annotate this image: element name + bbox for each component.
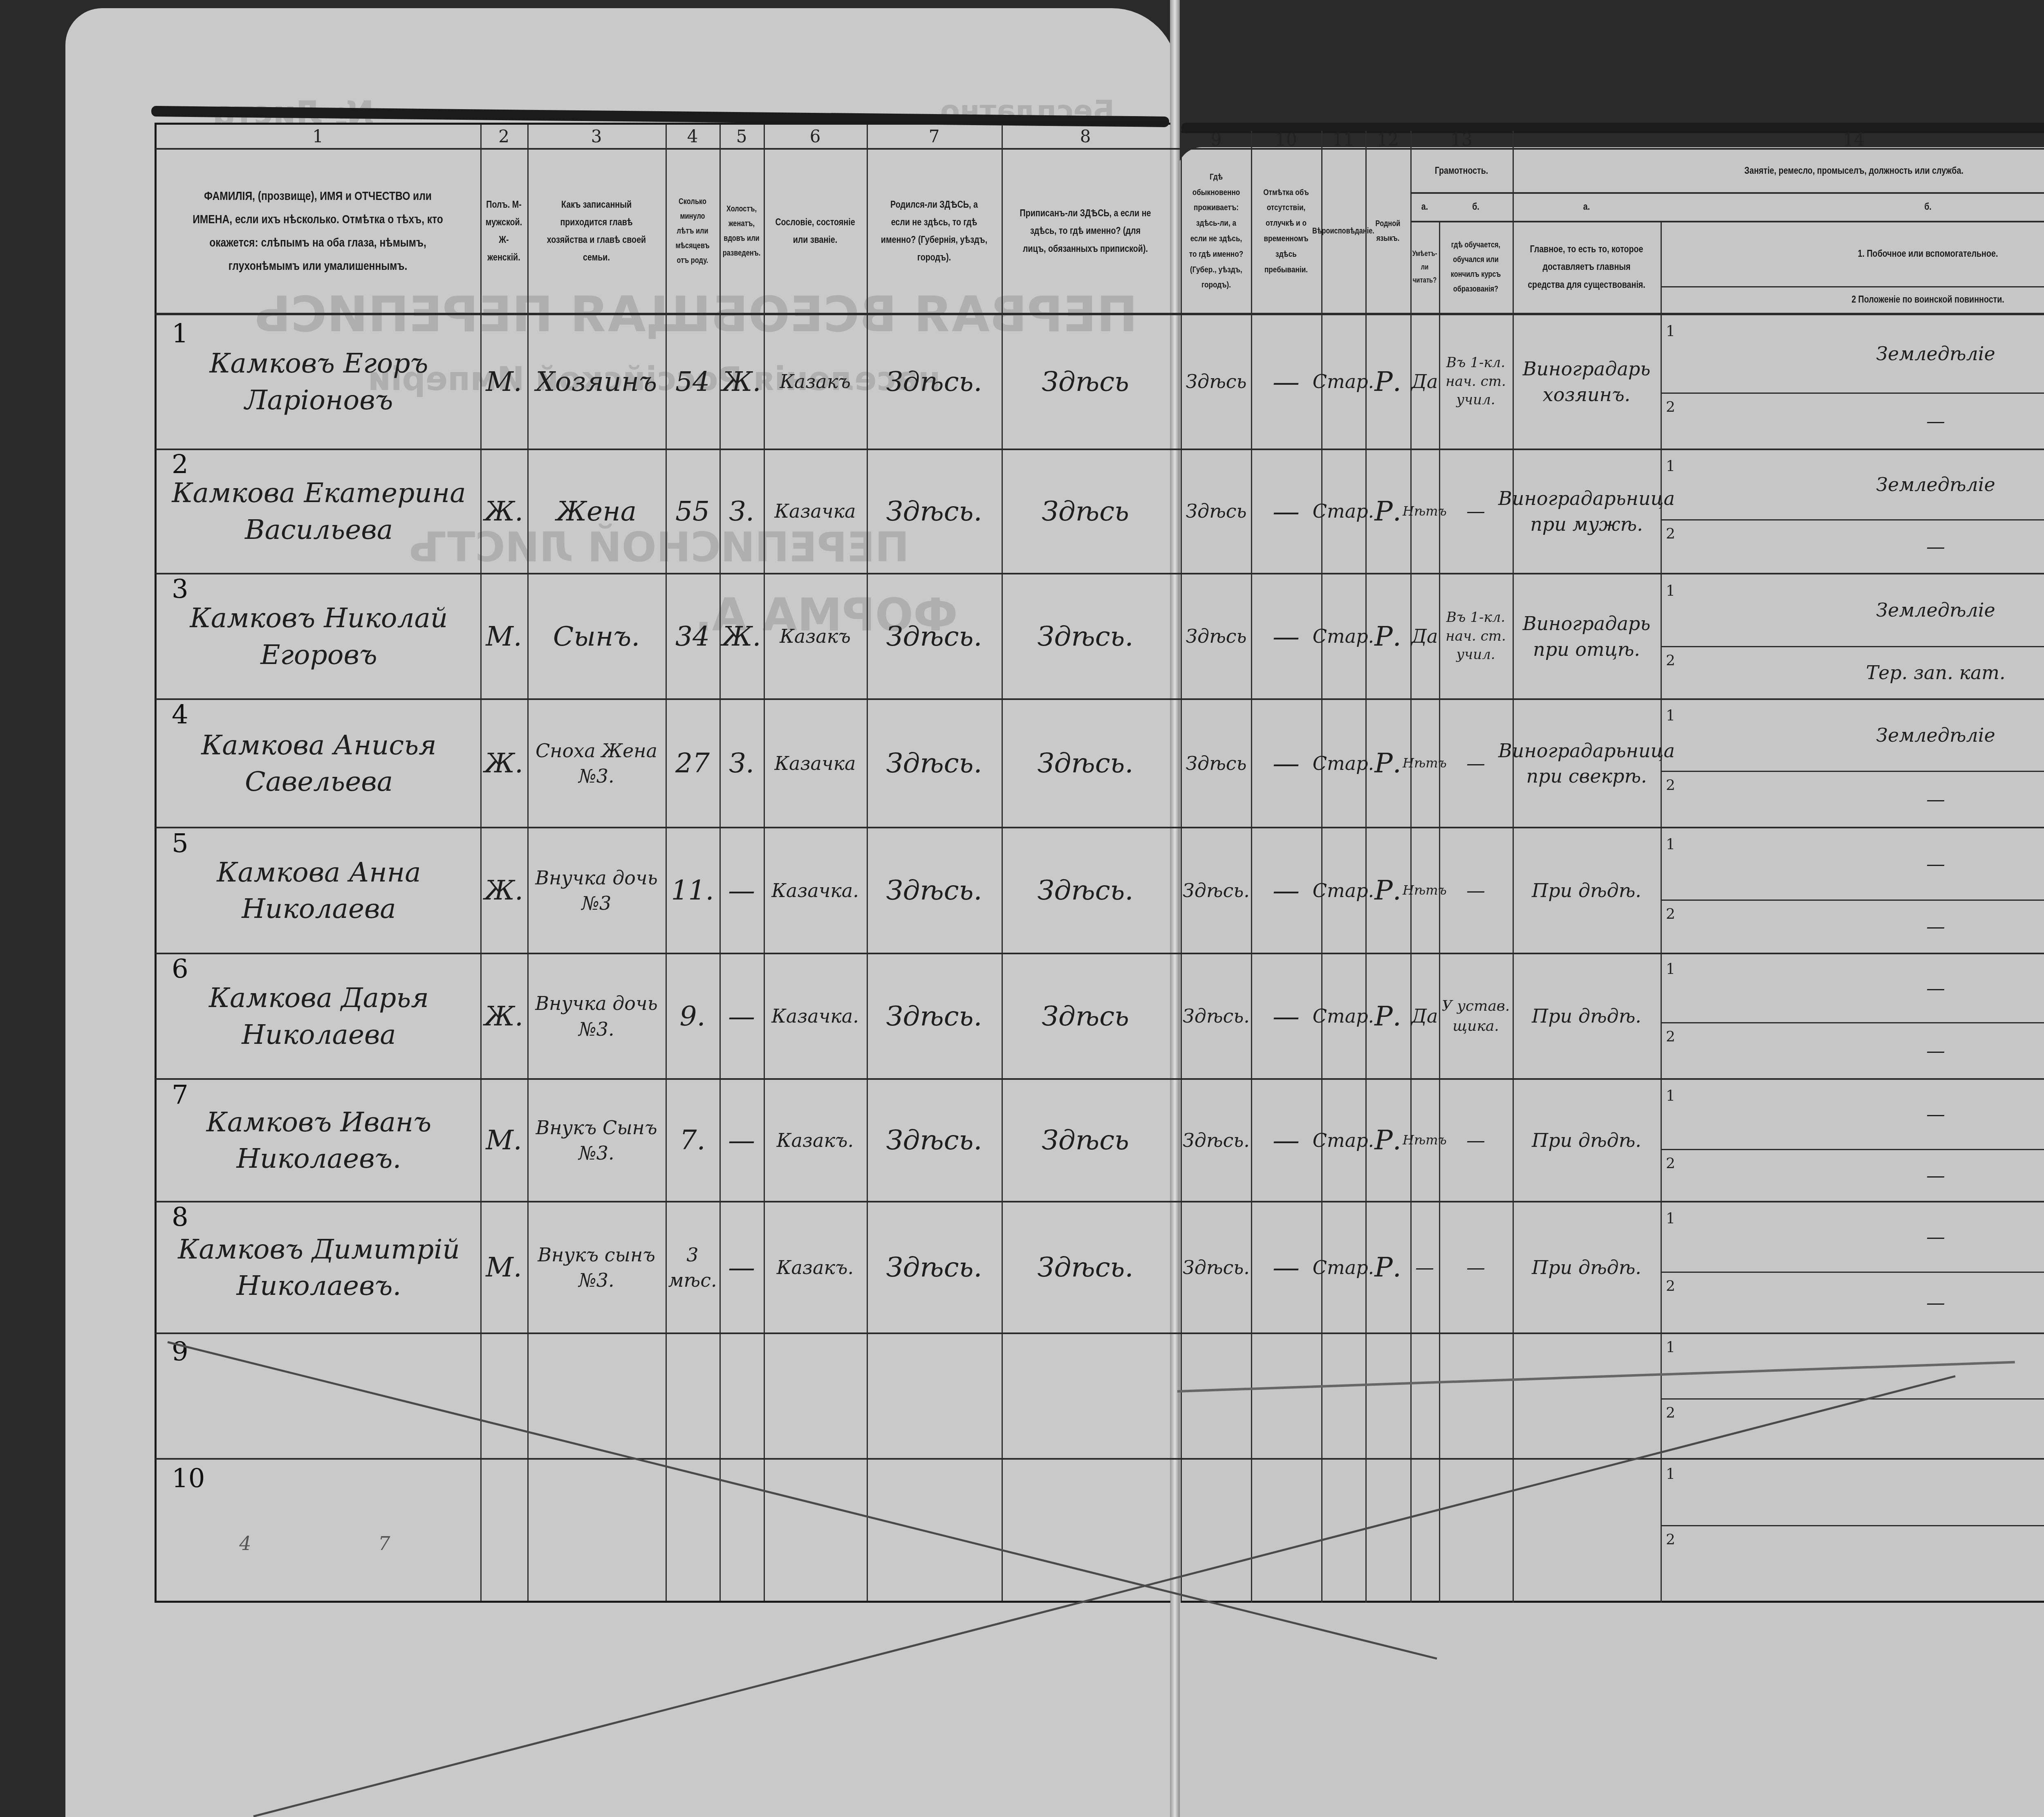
sub-label-1: 1: [1666, 836, 1675, 853]
religion: Стар.: [1321, 828, 1365, 953]
relation: Внучка дочь №3.: [527, 954, 666, 1078]
absence: —: [1251, 574, 1321, 698]
col-number: 9: [1181, 131, 1251, 148]
birthplace: Здѣсь.: [867, 315, 1002, 449]
education: Въ 1-кл. нач. ст. учил.: [1439, 574, 1513, 698]
marital-status: —: [719, 954, 764, 1078]
header-col3-relation: Какъ записанный приходится главѣ хозяйст…: [540, 149, 653, 313]
header-col5-marital: Холостъ, женатъ, вдовъ или разведенъ.: [724, 149, 760, 313]
marital-status: З.: [719, 700, 764, 827]
col-number: 10: [1251, 131, 1321, 148]
relation: Жена: [527, 450, 666, 573]
col-number: 4: [666, 125, 719, 148]
military-status: —: [1680, 1023, 2044, 1078]
header-col13a-read: Умѣетъ-ли читать?: [1413, 222, 1436, 312]
absence: —: [1251, 1202, 1321, 1332]
age: 3 мѣс.: [666, 1202, 719, 1332]
military-status: —: [1680, 394, 2044, 449]
education: —: [1439, 1202, 1513, 1332]
occupation-main: При дѣдѣ.: [1513, 1202, 1661, 1332]
birthplace: Здѣсь.: [867, 450, 1002, 573]
education: У устав. щика.: [1439, 954, 1513, 1078]
occupation-side: Земледѣліе: [1680, 700, 2044, 771]
residence: Здѣсь.: [1181, 1080, 1251, 1201]
sex: Ж.: [480, 828, 527, 953]
sub-label-2: 2: [1666, 777, 1675, 794]
col-divider: [1661, 221, 1662, 1603]
header-col13b-education: гдѣ обучается, обучался или кончилъ курс…: [1446, 222, 1506, 312]
header-col14a-label: а.: [1526, 193, 1647, 221]
header-col14b-side: 1. Побочное или вспомогательное.: [1709, 222, 2044, 286]
occupation-side: Земледѣліе: [1680, 315, 2044, 393]
person-name: Камковъ Егоръ Ларіоновъ: [159, 315, 478, 449]
religion: Стар.: [1321, 574, 1365, 698]
header-col10-absence: Отмѣтка объ отсутствіи, отлучкѣ и о врем…: [1257, 149, 1315, 313]
literate: —: [1410, 1202, 1439, 1332]
residence: Здѣсь: [1181, 315, 1251, 449]
marital-status: —: [719, 1202, 764, 1332]
estate: Казакъ.: [764, 1202, 867, 1332]
literate: Нѣтъ: [1410, 828, 1439, 953]
relation: Внукъ Сынъ №3.: [527, 1080, 666, 1201]
age: 11.: [666, 828, 719, 953]
occupation-main: Виноградарь при отцѣ.: [1513, 574, 1661, 698]
person-name: Камковъ Николай Егоровъ: [159, 574, 478, 698]
sex: М.: [480, 574, 527, 698]
person-name: Камкова Екатерина Васильева: [159, 450, 478, 573]
row-divider: [155, 1332, 2044, 1334]
col-number: 7: [867, 125, 1002, 148]
col-number: 14: [1513, 131, 2044, 148]
relation: Внучка дочь №3: [527, 828, 666, 953]
header-col2-sex: Полъ. М-мужской. Ж-женскій.: [484, 149, 523, 313]
absence: —: [1251, 700, 1321, 827]
occupation-main: Виноградарь хозяинъ.: [1513, 315, 1661, 449]
occupation-side: —: [1680, 954, 2044, 1022]
occupation-side: —: [1680, 1080, 2044, 1149]
absence: —: [1251, 828, 1321, 953]
absence: —: [1251, 1080, 1321, 1201]
literate: Да: [1410, 954, 1439, 1078]
occupation-side: Земледѣліе: [1680, 574, 2044, 646]
age: 55: [666, 450, 719, 573]
registration: Здѣсь: [1002, 315, 1169, 449]
header-col13b-label: б.: [1446, 193, 1506, 221]
estate: Казачка: [764, 700, 867, 827]
literate: Нѣтъ: [1410, 1080, 1439, 1201]
religion: Стар.: [1321, 1080, 1365, 1201]
occupation-main: Виноградарьница при свекрѣ.: [1513, 700, 1661, 827]
sub-label-2: 2: [1666, 1155, 1675, 1172]
sub-label-2: 2: [1666, 1278, 1675, 1294]
education: Въ 1-кл. нач. ст. учил.: [1439, 315, 1513, 449]
religion: Стар.: [1321, 315, 1365, 449]
military-status: —: [1680, 901, 2044, 953]
residence: Здѣсь.: [1181, 954, 1251, 1078]
marital-status: Ж.: [719, 315, 764, 449]
sex: Ж.: [480, 700, 527, 827]
religion: Стар.: [1321, 450, 1365, 573]
col-number: 6: [764, 125, 867, 148]
sex: М.: [480, 1080, 527, 1201]
sub-label-1: 1: [1666, 323, 1675, 340]
row-subdivider: [1661, 1525, 2044, 1526]
literate: Да: [1410, 315, 1439, 449]
occupation-main: При дѣдѣ.: [1513, 828, 1661, 953]
occupation-main: При дѣдѣ.: [1513, 1080, 1661, 1201]
residence: Здѣсь: [1181, 700, 1251, 827]
military-status: —: [1680, 1150, 2044, 1201]
estate: Казакъ.: [764, 1080, 867, 1201]
language: Р.: [1365, 954, 1410, 1078]
literate: Нѣтъ: [1410, 700, 1439, 827]
header-col12-language: Родной языкъ.: [1369, 149, 1406, 313]
occupation-side: —: [1680, 1202, 2044, 1272]
registration: Здѣсь.: [1002, 828, 1169, 953]
religion: Стар.: [1321, 700, 1365, 827]
header-col9-residence: Гдѣ обыкновенно проживаетъ: здѣсь-ли, а …: [1188, 149, 1244, 313]
residence: Здѣсь: [1181, 450, 1251, 573]
relation: Хозяинъ: [527, 315, 666, 449]
col-number: 1: [155, 125, 480, 148]
birthplace: Здѣсь.: [867, 1080, 1002, 1201]
row-number: 10: [172, 1464, 205, 1494]
faint-mark: 4: [229, 1513, 262, 1574]
sub-label-1: 1: [1666, 583, 1675, 599]
relation: Внукъ сынъ №3.: [527, 1202, 666, 1332]
age: 9.: [666, 954, 719, 1078]
education: —: [1439, 1080, 1513, 1201]
header-col8-registration: Приписанъ-ли ЗДѢСЬ, а если не здѣсь, то …: [1017, 149, 1154, 313]
birthplace: Здѣсь.: [867, 700, 1002, 827]
sex: Ж.: [480, 450, 527, 573]
birthplace: Здѣсь.: [867, 574, 1002, 698]
marital-status: З.: [719, 450, 764, 573]
registration: Здѣсь.: [1002, 574, 1169, 698]
col-number: 5: [719, 125, 764, 148]
estate: Казачка.: [764, 954, 867, 1078]
header-col4-age: Сколько минуло лѣтъ или мѣсяцевъ отъ род…: [670, 149, 715, 313]
sub-label-1: 1: [1666, 458, 1675, 475]
registration: Здѣсь.: [1002, 700, 1169, 827]
language: Р.: [1365, 315, 1410, 449]
birthplace: Здѣсь.: [867, 1202, 1002, 1332]
person-name: Камкова Анисья Савельева: [159, 700, 478, 827]
birthplace: Здѣсь.: [867, 828, 1002, 953]
occupation-main: При дѣдѣ.: [1513, 954, 1661, 1078]
sub-label-1: 1: [1666, 961, 1675, 978]
person-name: Камкова Анна Николаева: [159, 828, 478, 953]
age: 54: [666, 315, 719, 449]
relation: Сынъ.: [527, 574, 666, 698]
header-col14-occupation: Занятіе, ремесло, промыселъ, должность и…: [1574, 149, 2044, 192]
col-number: 2: [480, 125, 527, 148]
estate: Казакъ: [764, 574, 867, 698]
sex: Ж.: [480, 954, 527, 1078]
header-col7-birthplace: Родился-ли ЗДѢСЬ, а если не здѣсь, то гд…: [879, 149, 990, 313]
registration: Здѣсь: [1002, 954, 1169, 1078]
registration: Здѣсь.: [1002, 1202, 1169, 1332]
absence: —: [1251, 954, 1321, 1078]
sub-label-1: 1: [1666, 1339, 1675, 1356]
col-number: 3: [527, 125, 666, 148]
religion: Стар.: [1321, 1202, 1365, 1332]
language: Р.: [1365, 574, 1410, 698]
marital-status: —: [719, 1080, 764, 1201]
military-status: —: [1680, 520, 2044, 573]
header-col11-religion: Вѣроисповѣданіе.: [1325, 149, 1362, 313]
occupation-side: Земледѣліе: [1680, 450, 2044, 519]
estate: Казачка: [764, 450, 867, 573]
sub-label-1: 1: [1666, 1210, 1675, 1227]
marital-status: —: [719, 828, 764, 953]
occupation-side: —: [1680, 828, 2044, 900]
sub-label-1: 1: [1666, 707, 1675, 724]
birthplace: Здѣсь.: [867, 954, 1002, 1078]
sub-label-2: 2: [1666, 1028, 1675, 1045]
estate: Казачка.: [764, 828, 867, 953]
sex: М.: [480, 1202, 527, 1332]
sub-label-2: 2: [1666, 906, 1675, 922]
col-number: 13: [1410, 131, 1513, 148]
header-col14a-main: Главное, то есть то, которое доставляетъ…: [1526, 222, 1647, 312]
header-col14b-military: 2 Положеніе по воинской повинности.: [1709, 287, 2044, 312]
person-name: Камкова Дарья Николаева: [159, 954, 478, 1078]
residence: Здѣсь.: [1181, 828, 1251, 953]
sex: М.: [480, 315, 527, 449]
header-col6-estate: Сословіе, состояніе или званіе.: [773, 149, 858, 313]
sub-label-2: 2: [1666, 652, 1675, 669]
book-spine: [1170, 0, 1180, 1817]
education: —: [1439, 828, 1513, 953]
religion: Стар.: [1321, 954, 1365, 1078]
col-number: 8: [1002, 125, 1169, 148]
age: 34: [666, 574, 719, 698]
occupation-main: Виноградарьница при мужѣ.: [1513, 450, 1661, 573]
age: 27: [666, 700, 719, 827]
registration: Здѣсь: [1002, 450, 1169, 573]
header-col14b-label: б.: [1709, 193, 2044, 221]
row-number: 9: [172, 1337, 188, 1367]
row-subdivider: [1661, 1398, 2044, 1400]
literate: Да: [1410, 574, 1439, 698]
military-status: Тер. зап. кат.: [1680, 647, 2044, 698]
header-col13-literacy: Грамотность.: [1420, 149, 1504, 192]
estate: Казакъ: [764, 315, 867, 449]
sub-label-2: 2: [1666, 399, 1675, 415]
marital-status: Ж.: [719, 574, 764, 698]
registration: Здѣсь: [1002, 1080, 1169, 1201]
sub-label-2: 2: [1666, 525, 1675, 542]
language: Р.: [1365, 1202, 1410, 1332]
military-status: —: [1680, 1273, 2044, 1332]
col-number: 11: [1321, 131, 1365, 148]
relation: Сноха Жена №3.: [527, 700, 666, 827]
header-col1-name: ФАМИЛІЯ, (прозвище), ИМЯ и ОТЧЕСТВО или …: [185, 149, 451, 313]
absence: —: [1251, 315, 1321, 449]
absence: —: [1251, 450, 1321, 573]
person-name: Камковъ Иванъ Николаевъ.: [159, 1080, 478, 1201]
faint-mark: 7: [368, 1513, 401, 1574]
sub-label-2: 2: [1666, 1531, 1675, 1548]
sub-label-1: 1: [1666, 1088, 1675, 1104]
person-name: Камковъ Димитрій Николаевъ.: [159, 1202, 478, 1332]
sub-label-1: 1: [1666, 1466, 1675, 1483]
residence: Здѣсь.: [1181, 1202, 1251, 1332]
age: 7.: [666, 1080, 719, 1201]
literate: Нѣтъ: [1410, 450, 1439, 573]
residence: Здѣсь: [1181, 574, 1251, 698]
row-divider: [155, 1458, 2044, 1460]
col-number: 12: [1365, 131, 1410, 148]
sub-label-2: 2: [1666, 1404, 1675, 1421]
military-status: —: [1680, 772, 2044, 827]
header-col13a-label: а.: [1413, 193, 1436, 221]
